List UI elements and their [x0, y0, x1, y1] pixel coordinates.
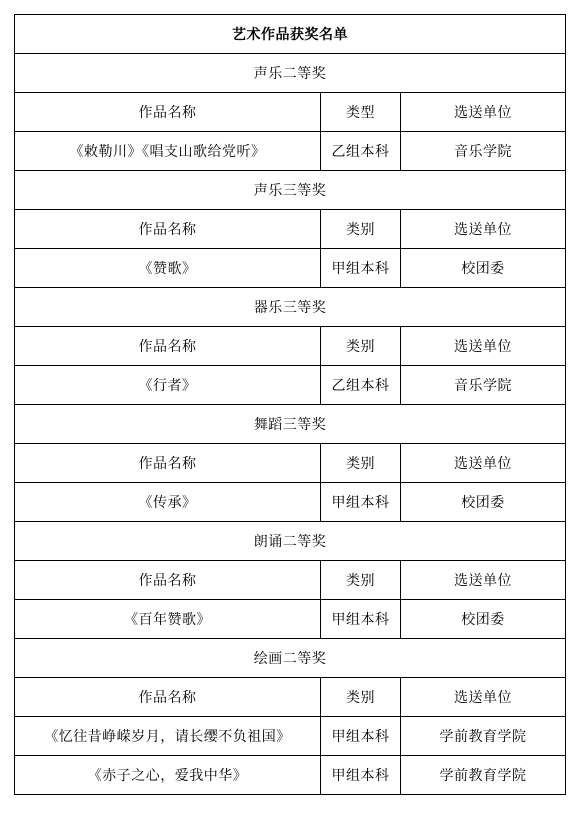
column-header-row: 作品名称 类别 选送单位 [15, 327, 566, 366]
section-header-row: 声乐二等奖 [15, 54, 566, 93]
column-header-unit: 选送单位 [401, 444, 566, 483]
cell-unit: 音乐学院 [401, 366, 566, 405]
column-header-type: 类别 [321, 561, 401, 600]
column-header-name: 作品名称 [15, 678, 321, 717]
column-header-row: 作品名称 类别 选送单位 [15, 444, 566, 483]
table-row: 《赞歌》 甲组本科 校团委 [15, 249, 566, 288]
section-award-label: 声乐二等奖 [15, 54, 566, 93]
column-header-row: 作品名称 类别 选送单位 [15, 561, 566, 600]
cell-unit: 校团委 [401, 600, 566, 639]
table-row: 《传承》 甲组本科 校团委 [15, 483, 566, 522]
cell-type: 乙组本科 [321, 132, 401, 171]
column-header-unit: 选送单位 [401, 678, 566, 717]
column-header-row: 作品名称 类别 选送单位 [15, 678, 566, 717]
table-row: 《敕勒川》《唱支山歌给党听》 乙组本科 音乐学院 [15, 132, 566, 171]
section-header-row: 绘画二等奖 [15, 639, 566, 678]
cell-type: 甲组本科 [321, 483, 401, 522]
section-header-row: 器乐三等奖 [15, 288, 566, 327]
cell-work-name: 《传承》 [15, 483, 321, 522]
section-header-row: 朗诵二等奖 [15, 522, 566, 561]
column-header-type: 类别 [321, 678, 401, 717]
cell-unit: 学前教育学院 [401, 717, 566, 756]
cell-unit: 音乐学院 [401, 132, 566, 171]
column-header-name: 作品名称 [15, 93, 321, 132]
cell-work-name: 《敕勒川》《唱支山歌给党听》 [15, 132, 321, 171]
table-row: 《赤子之心，爱我中华》 甲组本科 学前教育学院 [15, 756, 566, 795]
cell-work-name: 《赞歌》 [15, 249, 321, 288]
cell-unit: 校团委 [401, 249, 566, 288]
cell-type: 甲组本科 [321, 756, 401, 795]
awards-table: 艺术作品获奖名单 声乐二等奖 作品名称 类型 选送单位 《敕勒川》《唱支山歌给党… [14, 14, 566, 795]
section-award-label: 绘画二等奖 [15, 639, 566, 678]
cell-work-name: 《百年赞歌》 [15, 600, 321, 639]
page-title: 艺术作品获奖名单 [15, 15, 566, 54]
table-row: 《忆往昔峥嵘岁月，请长缨不负祖国》 甲组本科 学前教育学院 [15, 717, 566, 756]
cell-work-name: 《赤子之心，爱我中华》 [15, 756, 321, 795]
column-header-type: 类别 [321, 210, 401, 249]
column-header-type: 类型 [321, 93, 401, 132]
document-page: 艺术作品获奖名单 声乐二等奖 作品名称 类型 选送单位 《敕勒川》《唱支山歌给党… [14, 14, 566, 795]
section-award-label: 器乐三等奖 [15, 288, 566, 327]
section-header-row: 舞蹈三等奖 [15, 405, 566, 444]
column-header-unit: 选送单位 [401, 210, 566, 249]
cell-type: 甲组本科 [321, 600, 401, 639]
section-award-label: 声乐三等奖 [15, 171, 566, 210]
column-header-name: 作品名称 [15, 444, 321, 483]
title-row: 艺术作品获奖名单 [15, 15, 566, 54]
column-header-name: 作品名称 [15, 210, 321, 249]
cell-type: 乙组本科 [321, 366, 401, 405]
cell-type: 甲组本科 [321, 717, 401, 756]
cell-work-name: 《忆往昔峥嵘岁月，请长缨不负祖国》 [15, 717, 321, 756]
column-header-name: 作品名称 [15, 327, 321, 366]
column-header-name: 作品名称 [15, 561, 321, 600]
cell-type: 甲组本科 [321, 249, 401, 288]
column-header-row: 作品名称 类型 选送单位 [15, 93, 566, 132]
column-header-type: 类别 [321, 444, 401, 483]
section-award-label: 舞蹈三等奖 [15, 405, 566, 444]
section-header-row: 声乐三等奖 [15, 171, 566, 210]
cell-unit: 校团委 [401, 483, 566, 522]
cell-unit: 学前教育学院 [401, 756, 566, 795]
column-header-unit: 选送单位 [401, 327, 566, 366]
column-header-type: 类别 [321, 327, 401, 366]
table-row: 《行者》 乙组本科 音乐学院 [15, 366, 566, 405]
column-header-unit: 选送单位 [401, 93, 566, 132]
section-award-label: 朗诵二等奖 [15, 522, 566, 561]
column-header-row: 作品名称 类别 选送单位 [15, 210, 566, 249]
table-row: 《百年赞歌》 甲组本科 校团委 [15, 600, 566, 639]
cell-work-name: 《行者》 [15, 366, 321, 405]
column-header-unit: 选送单位 [401, 561, 566, 600]
